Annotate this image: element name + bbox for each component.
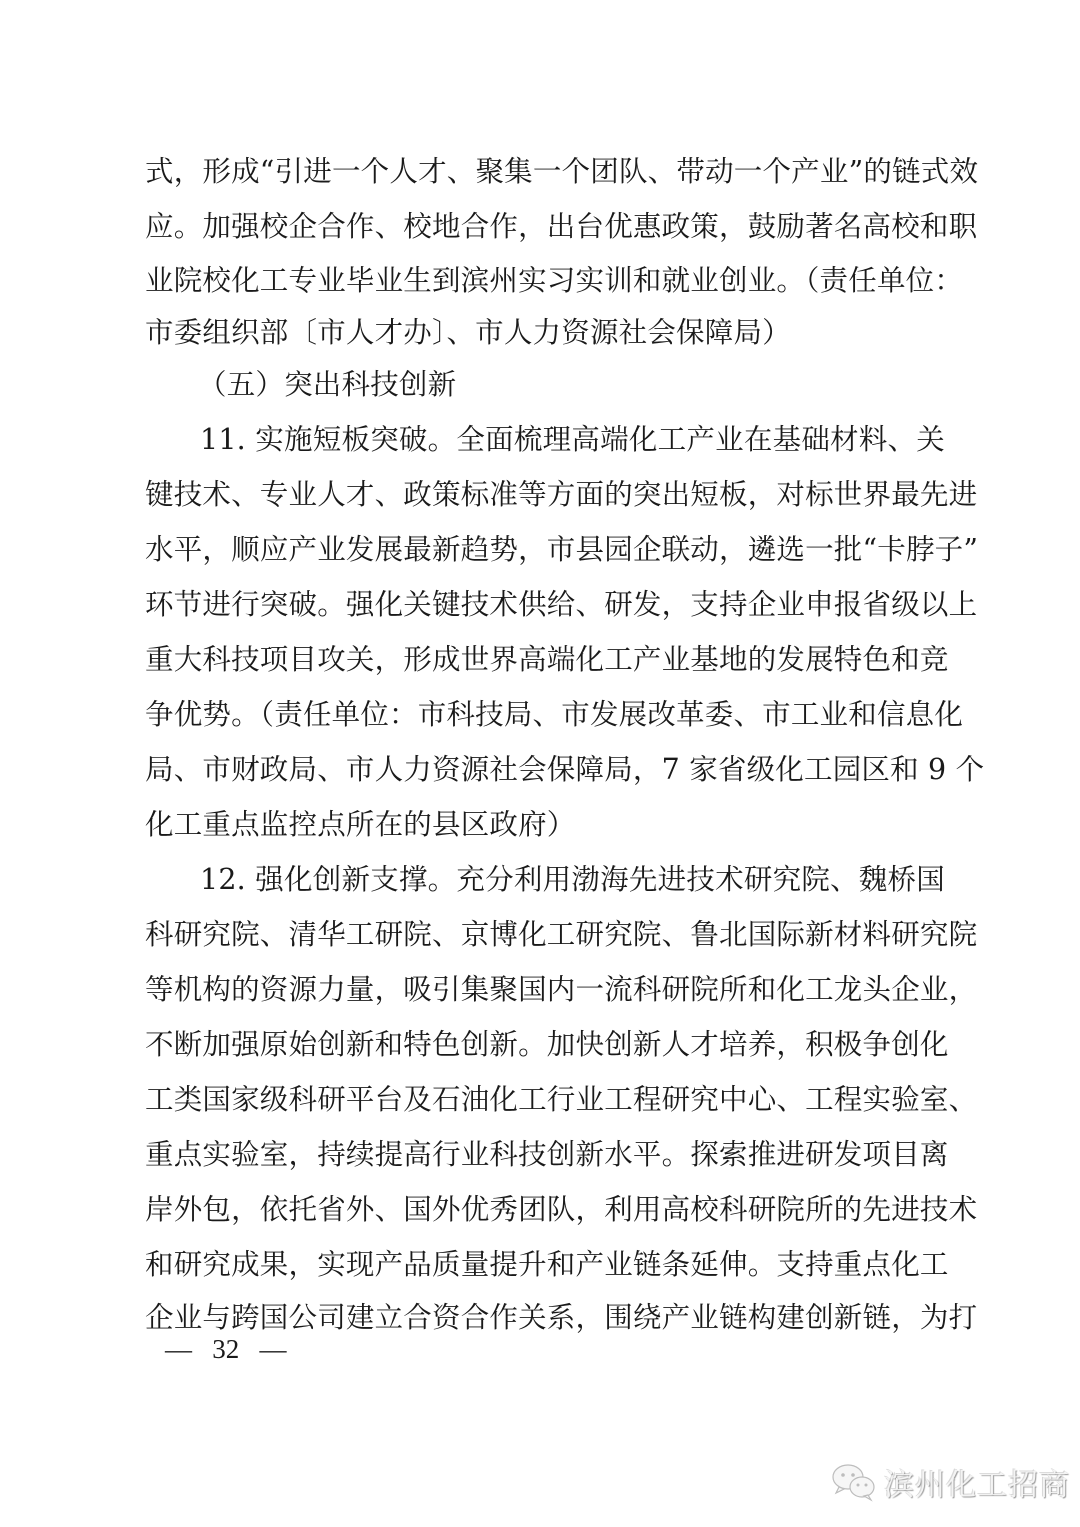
text-line: 键技术、专业人才、政策标准等方面的突出短板，对标世界最先进 — [145, 477, 945, 513]
text-line: 局、市财政局、市人力资源社会保障局，7 家省级化工园区和 9 个 — [145, 752, 945, 788]
text-line: 争优势。（责任单位：市科技局、市发展改革委、市工业和信息化 — [145, 697, 945, 733]
text-line: 式，形成“引进一个人才、聚集一个团队、带动一个产业”的链式效 — [145, 154, 945, 190]
wechat-icon — [830, 1462, 878, 1502]
document-page: 式，形成“引进一个人才、聚集一个团队、带动一个产业”的链式效 应。加强校企合作、… — [0, 0, 1080, 1527]
text-line: 应。加强校企合作、校地合作，出台优惠政策，鼓励著名高校和职 — [145, 209, 945, 245]
item-11-first-line: 11. 实施短板突破。全面梳理高端化工产业在基础材料、关 — [200, 422, 945, 458]
text-line: 市委组织部〔市人才办〕、市人力资源社会保障局） — [145, 315, 945, 351]
text-line: 和研究成果，实现产品质量提升和产业链条延伸。支持重点化工 — [145, 1247, 945, 1283]
item-12-first-line: 12. 强化创新支撑。充分利用渤海先进技术研究院、魏桥国 — [200, 862, 945, 898]
text-line: 不断加强原始创新和特色创新。加快创新人才培养，积极争创化 — [145, 1027, 945, 1063]
text-line: 科研究院、清华工研院、京博化工研究院、鲁北国际新材料研究院 — [145, 917, 945, 953]
text-line: 环节进行突破。强化关键技术供给、研发，支持企业申报省级以上 — [145, 587, 945, 623]
text-line: 重点实验室，持续提高行业科技创新水平。探索推进研发项目离 — [145, 1137, 945, 1173]
text-line: 企业与跨国公司建立合资合作关系，围绕产业链构建创新链，为打 — [145, 1300, 945, 1336]
watermark-text: 滨州化工招商 — [884, 1460, 1070, 1504]
section-heading: （五）突出科技创新 — [198, 367, 456, 403]
text-line: 工类国家级科研平台及石油化工行业工程研究中心、工程实验室、 — [145, 1082, 945, 1118]
text-line: 化工重点监控点所在的县区政府） — [145, 807, 945, 843]
page-number: — 32 — — [165, 1334, 287, 1365]
text-line: 重大科技项目攻关，形成世界高端化工产业基地的发展特色和竞 — [145, 642, 945, 678]
watermark: 滨州化工招商 — [830, 1460, 1070, 1504]
text-line: 水平，顺应产业发展最新趋势，市县园企联动，遴选一批“卡脖子” — [145, 532, 945, 568]
text-line: 业院校化工专业毕业生到滨州实习实训和就业创业。（责任单位： — [145, 263, 945, 299]
text-line: 等机构的资源力量，吸引集聚国内一流科研院所和化工龙头企业， — [145, 972, 945, 1008]
text-line: 岸外包，依托省外、国外优秀团队，利用高校科研院所的先进技术 — [145, 1192, 945, 1228]
